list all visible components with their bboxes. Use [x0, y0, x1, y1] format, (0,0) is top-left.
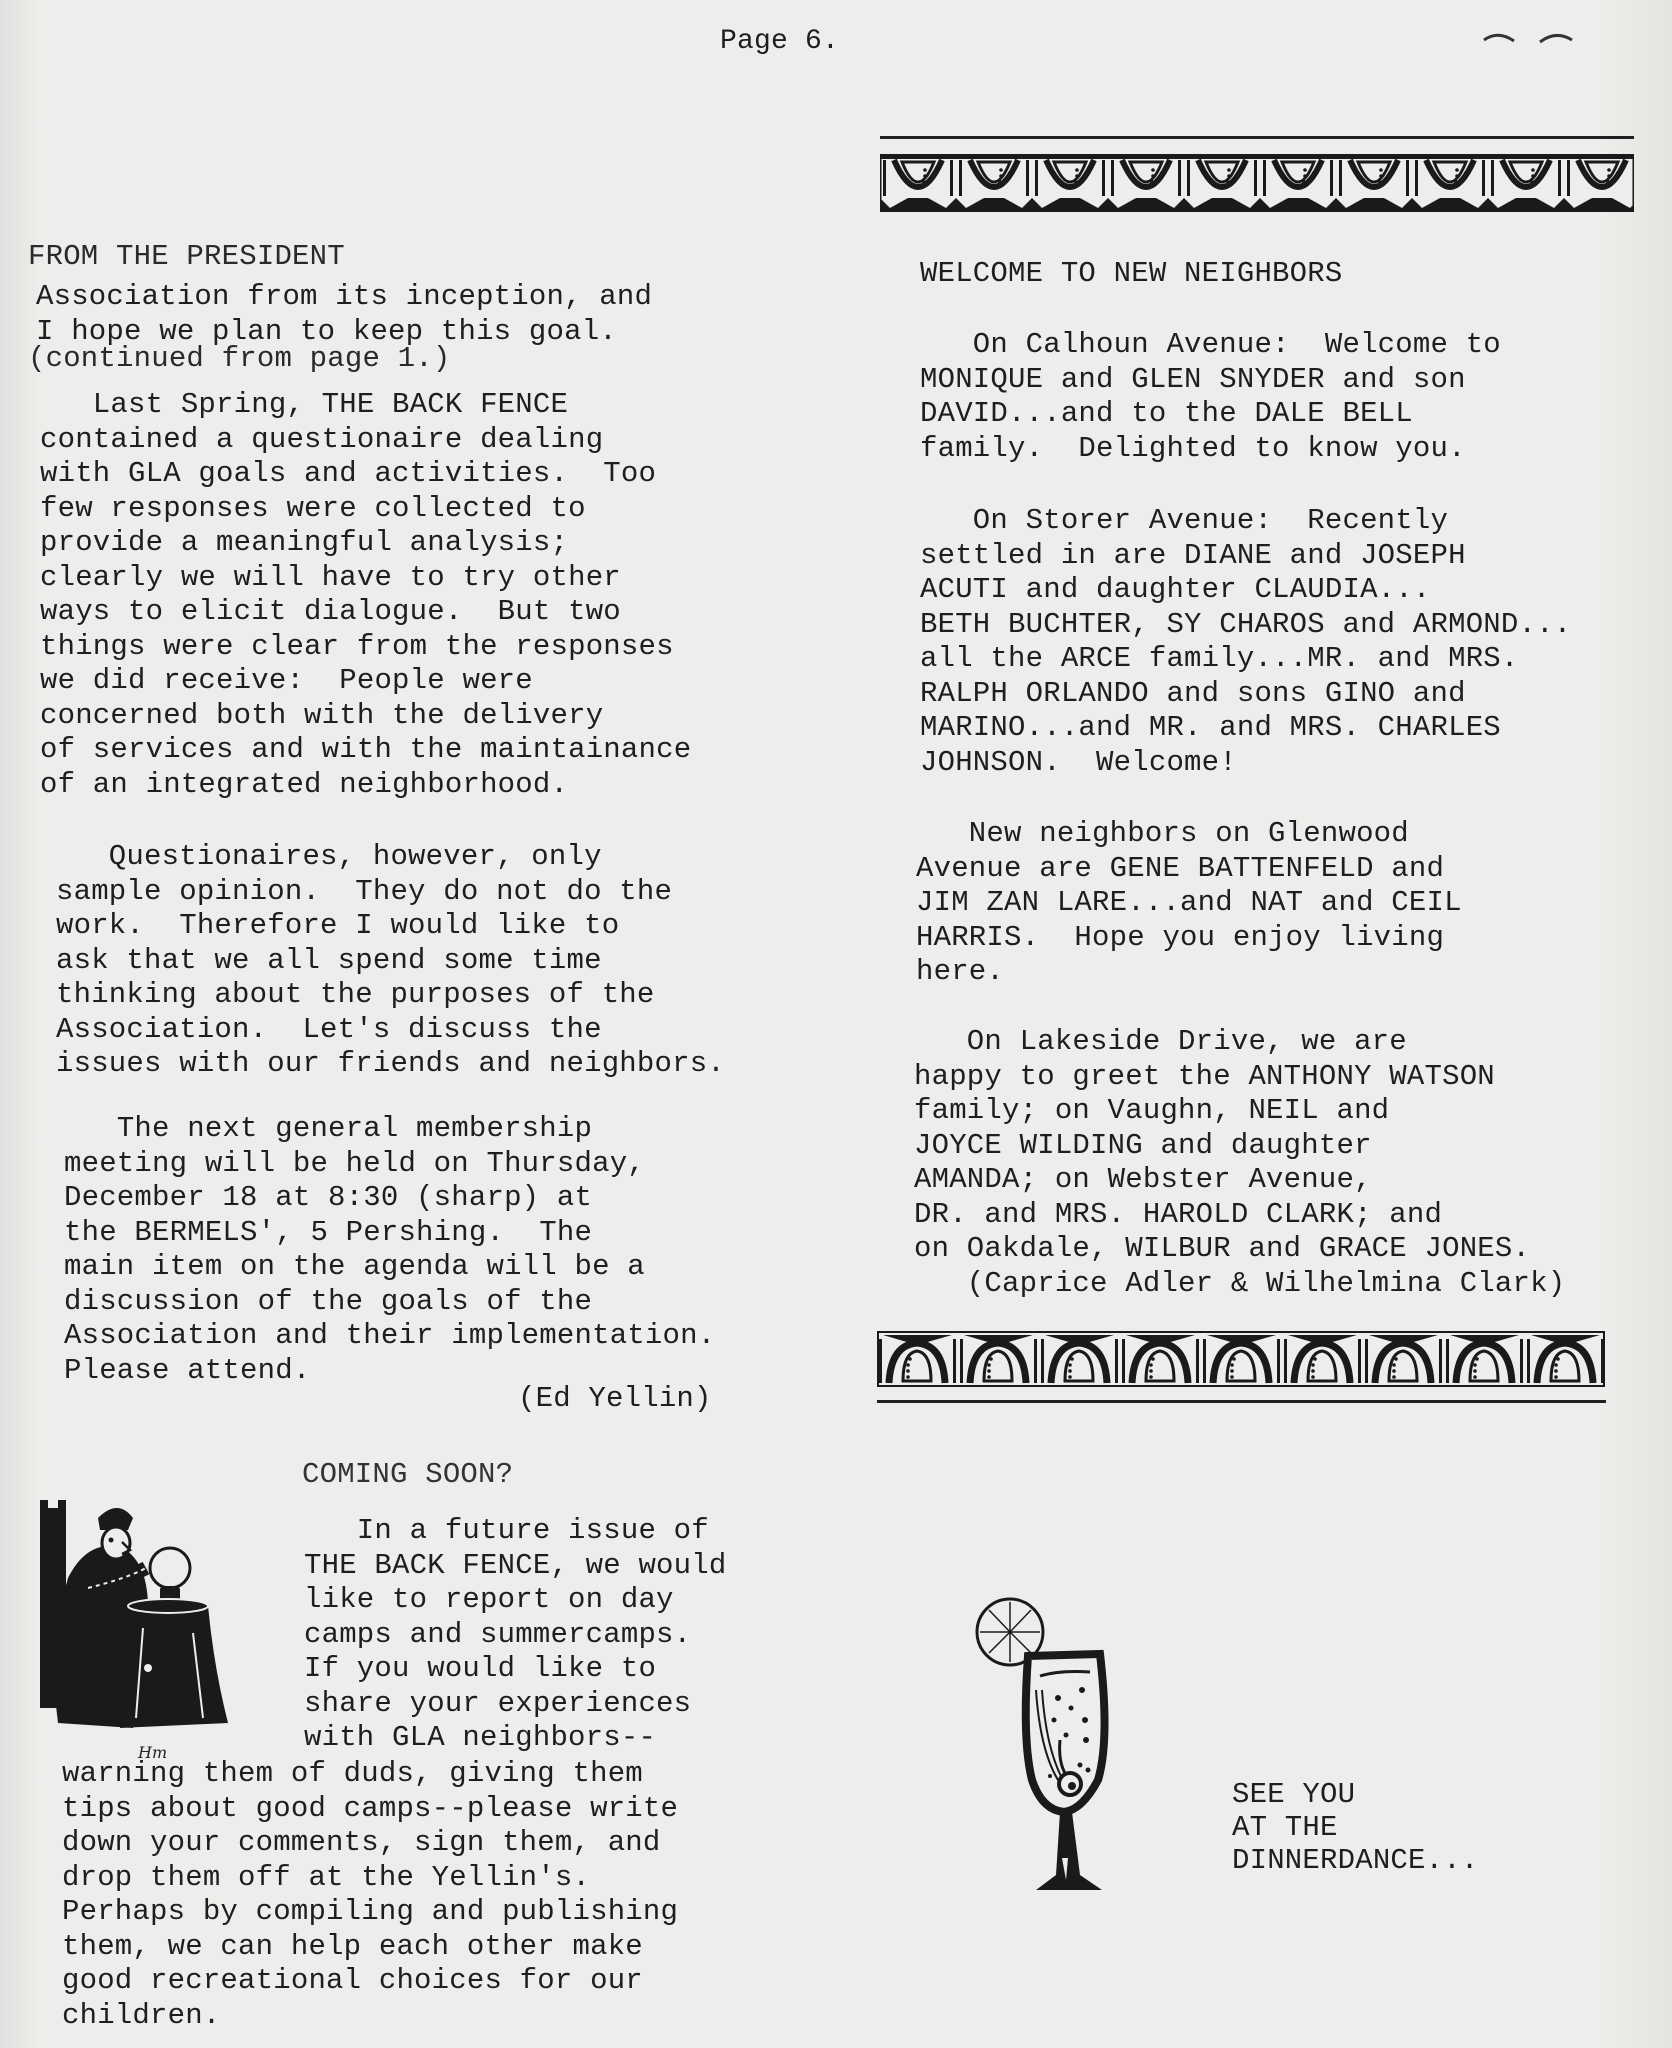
text-line: AMANDA; on Webster Avenue, — [914, 1163, 1565, 1198]
text-line: the BERMELS', 5 Pershing. The — [64, 1216, 715, 1251]
text-line: On Calhoun Avenue: Welcome to — [920, 328, 1501, 363]
cocktail-glass-illustration-icon — [970, 1590, 1140, 1900]
text-line: family. Delighted to know you. — [920, 432, 1501, 467]
text-line: warning them of duds, giving them — [62, 1757, 678, 1792]
text-line: JOHNSON. Welcome! — [920, 746, 1571, 781]
text-line: BETH BUCHTER, SY CHAROS and ARMOND... — [920, 608, 1571, 643]
text-line: things were clear from the responses — [40, 630, 691, 665]
top-rule-divider — [880, 136, 1634, 139]
text-line: provide a meaningful analysis; — [40, 526, 691, 561]
text-line: family; on Vaughn, NEIL and — [914, 1094, 1565, 1129]
text-line: December 18 at 8:30 (sharp) at — [64, 1181, 715, 1216]
text-line: work. Therefore I would like to — [56, 909, 725, 944]
text-line: HARRIS. Hope you enjoy living — [916, 921, 1462, 956]
text-line: JIM ZAN LARE...and NAT and CEIL — [916, 886, 1462, 921]
welcome-calhoun-paragraph: On Calhoun Avenue: Welcome toMONIQUE and… — [920, 328, 1501, 466]
text-line: DINNERDANCE... — [1232, 1844, 1478, 1877]
section-title: FROM THE PRESIDENT — [28, 240, 450, 274]
text-line: happy to greet the ANTHONY WATSON — [914, 1060, 1565, 1095]
text-line: issues with our friends and neighbors. — [56, 1047, 725, 1082]
president-paragraph-3: Questionaires, however, onlysample opini… — [56, 840, 725, 1082]
text-line: Association from its inception, and — [36, 280, 652, 315]
text-line: clearly we will have to try other — [40, 561, 691, 596]
text-line: them, we can help each other make — [62, 1930, 678, 1965]
text-line: children. — [62, 1999, 678, 2034]
text-line: of an integrated neighborhood. — [40, 768, 691, 803]
text-line: THE BACK FENCE, we would — [304, 1549, 726, 1584]
text-line: Association and their implementation. — [64, 1319, 715, 1354]
president-paragraph-2: Last Spring, THE BACK FENCEcontained a q… — [40, 388, 691, 802]
text-line: Last Spring, THE BACK FENCE — [40, 388, 691, 423]
text-line: with GLA goals and activities. Too — [40, 457, 691, 492]
text-line: Questionaires, however, only — [56, 840, 725, 875]
binder-hole-marks-icon — [1480, 28, 1590, 48]
text-line: thinking about the purposes of the — [56, 978, 725, 1013]
text-line: main item on the agenda will be a — [64, 1250, 715, 1285]
text-line: few responses were collected to — [40, 492, 691, 527]
text-line: of services and with the maintainance — [40, 733, 691, 768]
text-line: On Storer Avenue: Recently — [920, 504, 1571, 539]
top-ornamental-border-icon — [880, 154, 1634, 212]
text-line: ACUTI and daughter CLAUDIA... — [920, 573, 1571, 608]
text-line: tips about good camps--please write — [62, 1792, 678, 1827]
text-line: ways to elicit dialogue. But two — [40, 595, 691, 630]
text-line: Avenue are GENE BATTENFELD and — [916, 852, 1462, 887]
text-line: Perhaps by compiling and publishing — [62, 1895, 678, 1930]
text-line: (Caprice Adler & Wilhelmina Clark) — [914, 1267, 1565, 1302]
text-line: On Lakeside Drive, we are — [914, 1025, 1565, 1060]
text-line: In a future issue of — [304, 1514, 726, 1549]
coming-soon-heading: COMING SOON? — [302, 1458, 513, 1493]
text-line: sample opinion. They do not do the — [56, 875, 725, 910]
welcome-lakeside-paragraph: On Lakeside Drive, we arehappy to greet … — [914, 1025, 1565, 1301]
text-line: we did receive: People were — [40, 664, 691, 699]
welcome-storer-paragraph: On Storer Avenue: Recentlysettled in are… — [920, 504, 1571, 780]
text-line: ask that we all spend some time — [56, 944, 725, 979]
dinnerdance-announcement: SEE YOUAT THEDINNERDANCE... — [1232, 1778, 1478, 1877]
page-number: Page 6. — [720, 25, 839, 60]
text-line: contained a questionaire dealing — [40, 423, 691, 458]
text-line: SEE YOU — [1232, 1778, 1478, 1811]
text-line: AT THE — [1232, 1811, 1478, 1844]
text-line: If you would like to — [304, 1652, 726, 1687]
president-signature: (Ed Yellin) — [518, 1382, 712, 1417]
text-line: The next general membership — [64, 1112, 715, 1147]
coming-soon-text-beside-art: In a future issue ofTHE BACK FENCE, we w… — [304, 1514, 726, 1756]
text-line: RALPH ORLANDO and sons GINO and — [920, 677, 1571, 712]
bottom-ornamental-border-icon — [877, 1331, 1605, 1387]
text-line: Association. Let's discuss the — [56, 1013, 725, 1048]
text-line: like to report on day — [304, 1583, 726, 1618]
text-line: camps and summercamps. — [304, 1618, 726, 1653]
text-line: here. — [916, 955, 1462, 990]
welcome-glenwood-paragraph: New neighbors on GlenwoodAvenue are GENE… — [916, 817, 1462, 990]
text-line: settled in are DIANE and JOSEPH — [920, 539, 1571, 574]
fortune-teller-illustration-icon: Hm — [28, 1468, 268, 1768]
text-line: New neighbors on Glenwood — [916, 817, 1462, 852]
text-line: DAVID...and to the DALE BELL — [920, 397, 1501, 432]
text-line: share your experiences — [304, 1687, 726, 1722]
text-line: MARINO...and MR. and MRS. CHARLES — [920, 711, 1571, 746]
text-line: drop them off at the Yellin's. — [62, 1861, 678, 1896]
text-line: all the ARCE family...MR. and MRS. — [920, 642, 1571, 677]
bottom-rule-divider — [877, 1400, 1606, 1403]
text-line: meeting will be held on Thursday, — [64, 1147, 715, 1182]
text-line: with GLA neighbors-- — [304, 1721, 726, 1756]
text-line: concerned both with the delivery — [40, 699, 691, 734]
president-paragraph-1: Association from its inception, andI hop… — [36, 280, 652, 349]
text-line: discussion of the goals of the — [64, 1285, 715, 1320]
coming-soon-text-full-width: warning them of duds, giving themtips ab… — [62, 1757, 678, 2033]
text-line: DR. and MRS. HAROLD CLARK; and — [914, 1198, 1565, 1233]
welcome-heading: WELCOME TO NEW NEIGHBORS — [920, 257, 1342, 292]
text-line: on Oakdale, WILBUR and GRACE JONES. — [914, 1232, 1565, 1267]
text-line: MONIQUE and GLEN SNYDER and son — [920, 363, 1501, 398]
president-paragraph-4: The next general membershipmeeting will … — [64, 1112, 715, 1388]
text-line: down your comments, sign them, and — [62, 1826, 678, 1861]
text-line: I hope we plan to keep this goal. — [36, 315, 652, 350]
text-line: good recreational choices for our — [62, 1964, 678, 1999]
text-line: JOYCE WILDING and daughter — [914, 1129, 1565, 1164]
